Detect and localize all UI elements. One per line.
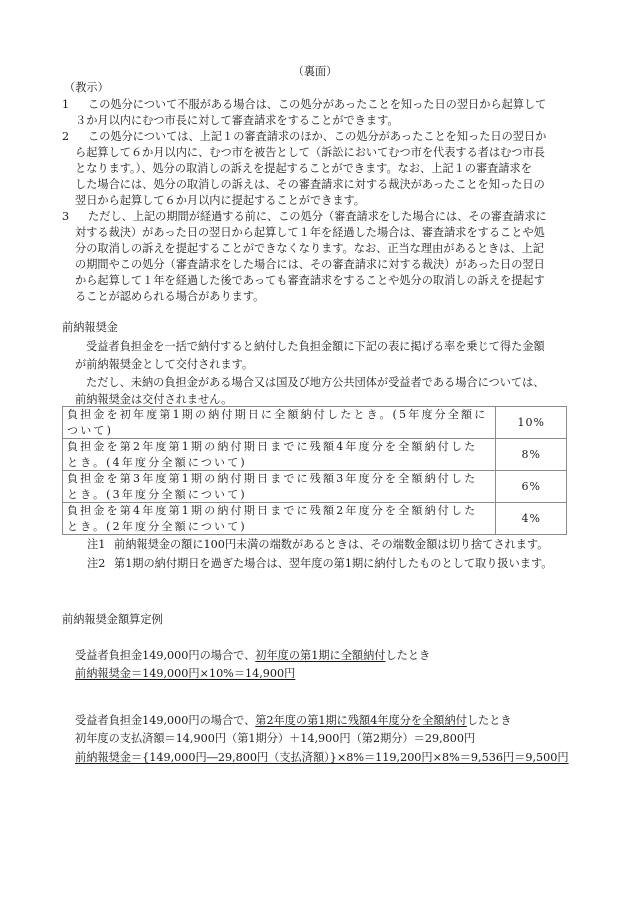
page-title: （裏面） <box>0 64 630 80</box>
table-cell-condition: 負担金を第4年度第1期の納付期日までに残額2年度分を全額納付したとき。(2年度分… <box>63 503 496 535</box>
table-cell-rate: 6% <box>496 471 567 503</box>
table-cell-rate: 10% <box>496 407 567 439</box>
table-cell-condition: 負担金を第3年度第1期の納付期日までに残額3年度分を全額納付したとき。(3年度分… <box>63 471 496 503</box>
notice-item-2-line: この処分については、上記１の審査請求のほか、この処分があったことを知った日の翌日… <box>88 129 546 145</box>
document-page: （裏面） （教示） 1 この処分について不服がある場合は、この処分があったことを… <box>0 0 630 903</box>
table-cell-rate: 4% <box>496 503 567 535</box>
example-2-calculation: 前納報奨金＝{149,000円―29,800円（支払済額）}×8%＝119,20… <box>75 750 569 766</box>
notice-heading: （教示） <box>64 80 109 96</box>
note-1-text: 前納報奨金の額に100円未満の端数があるときは、その端数金額は切り捨てされます。 <box>114 537 548 553</box>
prepayment-paragraph-line: 受益者負担金を一括で納付すると納付した負担金額に下記の表に掲げる率を乗じて得た金… <box>86 339 545 355</box>
example-1-condition: 受益者負担金149,000円の場合で、初年度の第1期に全額納付したとき <box>75 648 430 664</box>
table-row: 負担金を初年度第1期の納付期日に全額納付したとき。(5年度分全額について) 10… <box>63 407 567 439</box>
notice-item-3-line: の期間やこの処分（審査請求をした場合には、その審査請求に対する裁決）があった日の… <box>75 257 545 273</box>
notice-item-3-line: 分の取消しの訴えを提起することができなくなります。なお、正当な理由があるときは、… <box>75 241 544 257</box>
table-row: 負担金を第3年度第1期の納付期日までに残額3年度分を全額納付したとき。(3年度分… <box>63 471 567 503</box>
notice-item-2-line: ら起算して６か月以内に、むつ市を被告として（訴訟においてむつ市を代表する者はむつ… <box>75 145 545 161</box>
notice-item-3-line: ることが認められる場合があります。 <box>75 289 264 305</box>
table-cell-rate: 8% <box>496 439 567 471</box>
note-1-label: 注1 <box>87 537 105 553</box>
notice-item-1-line: この処分について不服がある場合は、この処分があったことを知った日の翌日から起算し… <box>88 97 546 113</box>
table-row: 負担金を第2年度第1期の納付期日までに残額4年度分を全額納付したとき。(4年度分… <box>63 439 567 471</box>
example-2-paid-amount: 初年度の支払済額＝14,900円（第1期分）＋14,900円（第2期分）＝29,… <box>75 731 475 747</box>
note-2-text: 第1期の納付期日を過ぎた場合は、翌年度の第1期に納付したものとして取り扱います。 <box>114 556 552 572</box>
table-cell-condition: 負担金を初年度第1期の納付期日に全額納付したとき。(5年度分全額について) <box>63 407 496 439</box>
notice-item-2-number: 2 <box>62 129 69 145</box>
notice-item-3-line: 対する裁決）があった日の翌日から起算して１年を経過した場合は、審査請求をすること… <box>75 225 545 241</box>
prepayment-heading: 前納報奨金 <box>62 320 118 336</box>
notice-item-3-line: から起算して１年を経過した後であっても審査請求をすることや処分の取消しの訴えを提… <box>75 273 545 289</box>
notice-item-2-line: した場合には、処分の取消しの訴えは、その審査請求に対する裁決があったことを知った… <box>75 177 545 193</box>
example-1-calculation: 前納報奨金＝149,000円×10%＝14,900円 <box>75 666 295 682</box>
note-2-label: 注2 <box>87 556 105 572</box>
table-cell-condition: 負担金を第2年度第1期の納付期日までに残額4年度分を全額納付したとき。(4年度分… <box>63 439 496 471</box>
example-2-condition: 受益者負担金149,000円の場合で、第2年度の第1期に残額4年度分を全額納付し… <box>75 713 512 729</box>
prepayment-rate-table: 負担金を初年度第1期の納付期日に全額納付したとき。(5年度分全額について) 10… <box>62 406 567 535</box>
notice-item-1-line: ３か月以内にむつ市長に対して審査請求をすることができます。 <box>75 113 399 129</box>
notice-item-2-line: 翌日から起算して６か月以内に提起することができます。 <box>75 193 365 209</box>
prepayment-paragraph-line: ただし、未納の負担金がある場合又は国及び地方公共団体が受益者である場合については… <box>86 375 544 391</box>
example-heading: 前納報奨金額算定例 <box>62 612 163 628</box>
prepayment-paragraph-line: が前納報奨金として交付されます。 <box>75 357 253 373</box>
notice-item-2-line: となります。）、処分の取消しの訴えを提起することができます。なお、上記１の審査請… <box>75 161 532 177</box>
notice-item-1-number: 1 <box>62 97 69 113</box>
notice-item-3-line: ただし、上記の期間が経過する前に、この処分（審査請求をした場合には、その審査請求… <box>88 209 547 225</box>
notice-item-3-number: 3 <box>62 209 69 225</box>
table-row: 負担金を第4年度第1期の納付期日までに残額2年度分を全額納付したとき。(2年度分… <box>63 503 567 535</box>
